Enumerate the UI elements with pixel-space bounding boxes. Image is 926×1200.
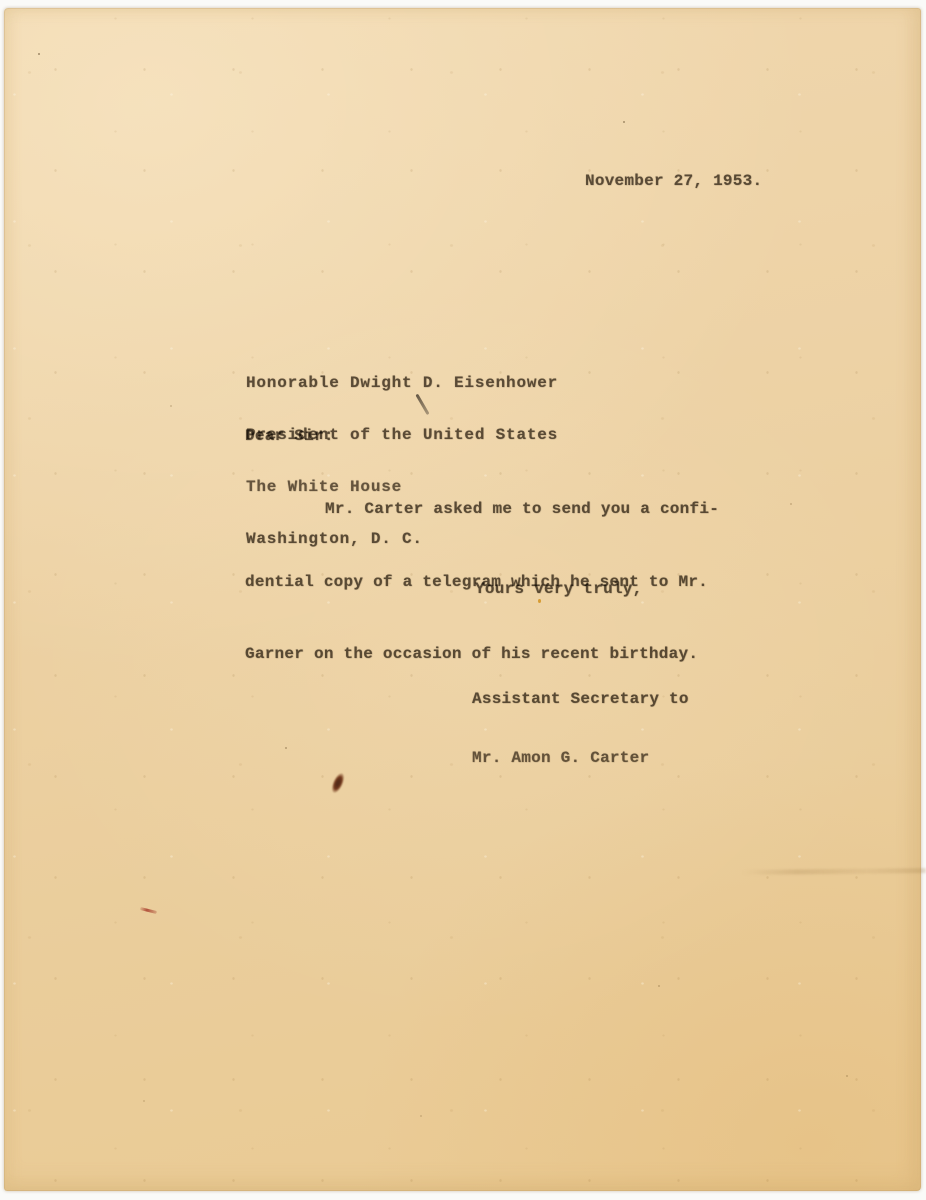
signature-block: Assistant Secretary to Mr. Amon G. Carte… — [472, 651, 689, 807]
body-line: Mr. Carter asked me to send you a confi- — [245, 501, 719, 517]
signature-line: Assistant Secretary to — [472, 690, 689, 710]
paper-specks — [38, 53, 40, 55]
salutation: Dear Sir: — [245, 428, 334, 445]
orange-speck — [538, 599, 541, 603]
recipient-line: Honorable Dwight D. Eisenhower — [246, 375, 558, 392]
signature-line: Mr. Amon G. Carter — [472, 749, 689, 769]
letter-date: November 27, 1953. — [585, 173, 762, 190]
complimentary-closing: Yours very truly, — [475, 581, 642, 598]
scanned-letter-image: November 27, 1953. Honorable Dwight D. E… — [0, 0, 926, 1200]
